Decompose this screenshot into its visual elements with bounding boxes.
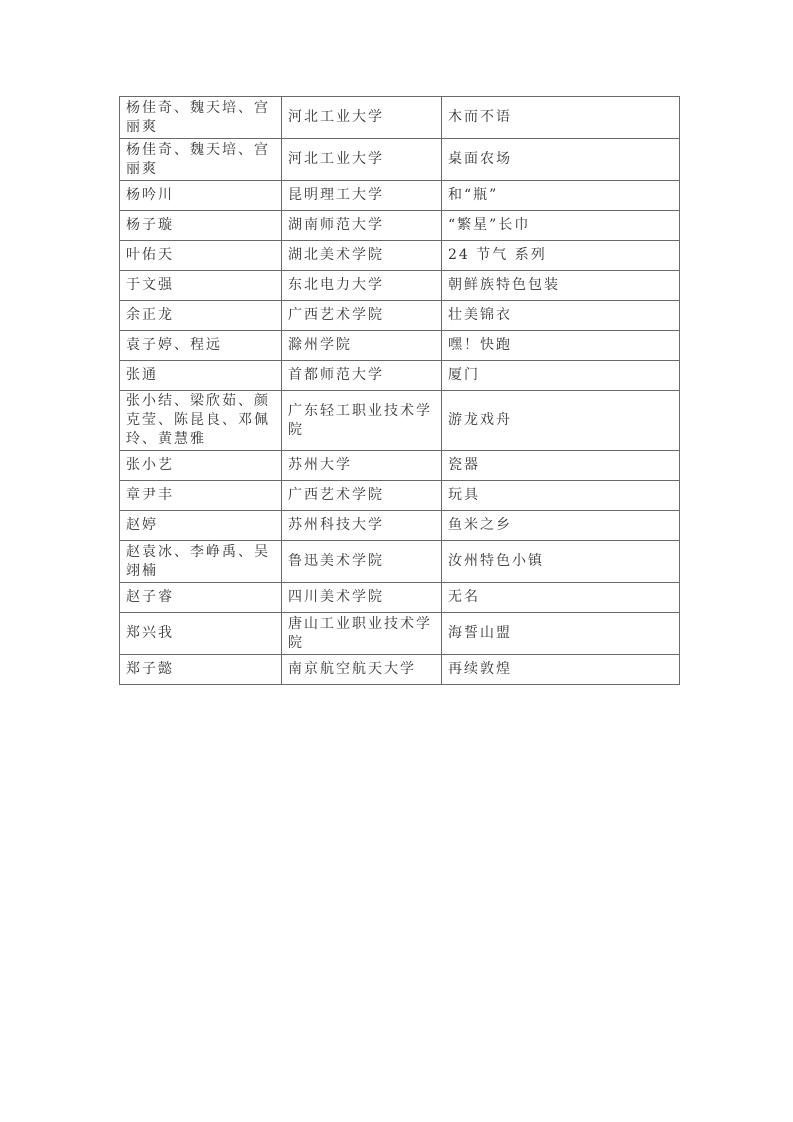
author-cell: 张通 bbox=[120, 361, 282, 391]
school-cell: 四川美术学院 bbox=[282, 583, 442, 613]
author-cell: 杨佳奇、魏天培、宫丽爽 bbox=[120, 139, 282, 181]
author-cell: 郑兴我 bbox=[120, 613, 282, 655]
work-title-cell: 木而不语 bbox=[442, 97, 680, 139]
school-cell: 苏州大学 bbox=[282, 451, 442, 481]
author-cell: 杨吟川 bbox=[120, 181, 282, 211]
work-title-cell: 再续敦煌 bbox=[442, 655, 680, 685]
school-cell: 湖北美术学院 bbox=[282, 241, 442, 271]
table-row: 章尹丰 广西艺术学院 玩具 bbox=[120, 481, 680, 511]
table-row: 杨佳奇、魏天培、宫丽爽 河北工业大学 桌面农场 bbox=[120, 139, 680, 181]
work-title-cell: 24 节气 系列 bbox=[442, 241, 680, 271]
table-row: 叶佑天 湖北美术学院 24 节气 系列 bbox=[120, 241, 680, 271]
work-title-cell: 鱼米之乡 bbox=[442, 511, 680, 541]
school-cell: 滁州学院 bbox=[282, 331, 442, 361]
table-row: 杨子璇 湖南师范大学 “繁星”长巾 bbox=[120, 211, 680, 241]
school-cell: 广东轻工职业技术学院 bbox=[282, 391, 442, 451]
table-row: 张通 首都师范大学 厦门 bbox=[120, 361, 680, 391]
author-cell: 赵婷 bbox=[120, 511, 282, 541]
school-cell: 广西艺术学院 bbox=[282, 301, 442, 331]
school-cell: 南京航空航天大学 bbox=[282, 655, 442, 685]
table-row: 张小艺 苏州大学 瓷器 bbox=[120, 451, 680, 481]
school-cell: 河北工业大学 bbox=[282, 139, 442, 181]
school-cell: 苏州科技大学 bbox=[282, 511, 442, 541]
work-title-cell: 游龙戏舟 bbox=[442, 391, 680, 451]
table-row: 袁子婷、程远 滁州学院 嘿！快跑 bbox=[120, 331, 680, 361]
document-page: 杨佳奇、魏天培、宫丽爽 河北工业大学 木而不语 杨佳奇、魏天培、宫丽爽 河北工业… bbox=[0, 0, 793, 1122]
table-row: 赵袁冰、李峥禹、吴翊楠 鲁迅美术学院 汝州特色小镇 bbox=[120, 541, 680, 583]
author-cell: 于文强 bbox=[120, 271, 282, 301]
author-cell: 杨佳奇、魏天培、宫丽爽 bbox=[120, 97, 282, 139]
work-title-cell: 厦门 bbox=[442, 361, 680, 391]
table-row: 余正龙 广西艺术学院 壮美锦衣 bbox=[120, 301, 680, 331]
school-cell: 河北工业大学 bbox=[282, 97, 442, 139]
table-row: 杨佳奇、魏天培、宫丽爽 河北工业大学 木而不语 bbox=[120, 97, 680, 139]
table-row: 赵子睿 四川美术学院 无名 bbox=[120, 583, 680, 613]
work-title-cell: 嘿！快跑 bbox=[442, 331, 680, 361]
table-row: 郑子懿 南京航空航天大学 再续敦煌 bbox=[120, 655, 680, 685]
work-title-cell: 桌面农场 bbox=[442, 139, 680, 181]
table-row: 赵婷 苏州科技大学 鱼米之乡 bbox=[120, 511, 680, 541]
work-title-cell: “繁星”长巾 bbox=[442, 211, 680, 241]
work-title-cell: 海誓山盟 bbox=[442, 613, 680, 655]
work-title-cell: 壮美锦衣 bbox=[442, 301, 680, 331]
table-row: 于文强 东北电力大学 朝鲜族特色包装 bbox=[120, 271, 680, 301]
school-cell: 首都师范大学 bbox=[282, 361, 442, 391]
school-cell: 湖南师范大学 bbox=[282, 211, 442, 241]
author-cell: 赵子睿 bbox=[120, 583, 282, 613]
table-row: 张小结、梁欣茹、颜克莹、陈昆良、邓佩玲、黄慧雅 广东轻工职业技术学院 游龙戏舟 bbox=[120, 391, 680, 451]
table-row: 杨吟川 昆明理工大学 和“瓶” bbox=[120, 181, 680, 211]
award-list-table: 杨佳奇、魏天培、宫丽爽 河北工业大学 木而不语 杨佳奇、魏天培、宫丽爽 河北工业… bbox=[119, 96, 680, 685]
work-title-cell: 汝州特色小镇 bbox=[442, 541, 680, 583]
school-cell: 唐山工业职业技术学院 bbox=[282, 613, 442, 655]
table-row: 郑兴我 唐山工业职业技术学院 海誓山盟 bbox=[120, 613, 680, 655]
work-title-cell: 朝鲜族特色包装 bbox=[442, 271, 680, 301]
school-cell: 鲁迅美术学院 bbox=[282, 541, 442, 583]
school-cell: 昆明理工大学 bbox=[282, 181, 442, 211]
school-cell: 广西艺术学院 bbox=[282, 481, 442, 511]
author-cell: 张小结、梁欣茹、颜克莹、陈昆良、邓佩玲、黄慧雅 bbox=[120, 391, 282, 451]
work-title-cell: 和“瓶” bbox=[442, 181, 680, 211]
author-cell: 张小艺 bbox=[120, 451, 282, 481]
author-cell: 郑子懿 bbox=[120, 655, 282, 685]
work-title-cell: 瓷器 bbox=[442, 451, 680, 481]
author-cell: 杨子璇 bbox=[120, 211, 282, 241]
author-cell: 赵袁冰、李峥禹、吴翊楠 bbox=[120, 541, 282, 583]
author-cell: 叶佑天 bbox=[120, 241, 282, 271]
work-title-cell: 无名 bbox=[442, 583, 680, 613]
author-cell: 余正龙 bbox=[120, 301, 282, 331]
work-title-cell: 玩具 bbox=[442, 481, 680, 511]
author-cell: 章尹丰 bbox=[120, 481, 282, 511]
school-cell: 东北电力大学 bbox=[282, 271, 442, 301]
author-cell: 袁子婷、程远 bbox=[120, 331, 282, 361]
